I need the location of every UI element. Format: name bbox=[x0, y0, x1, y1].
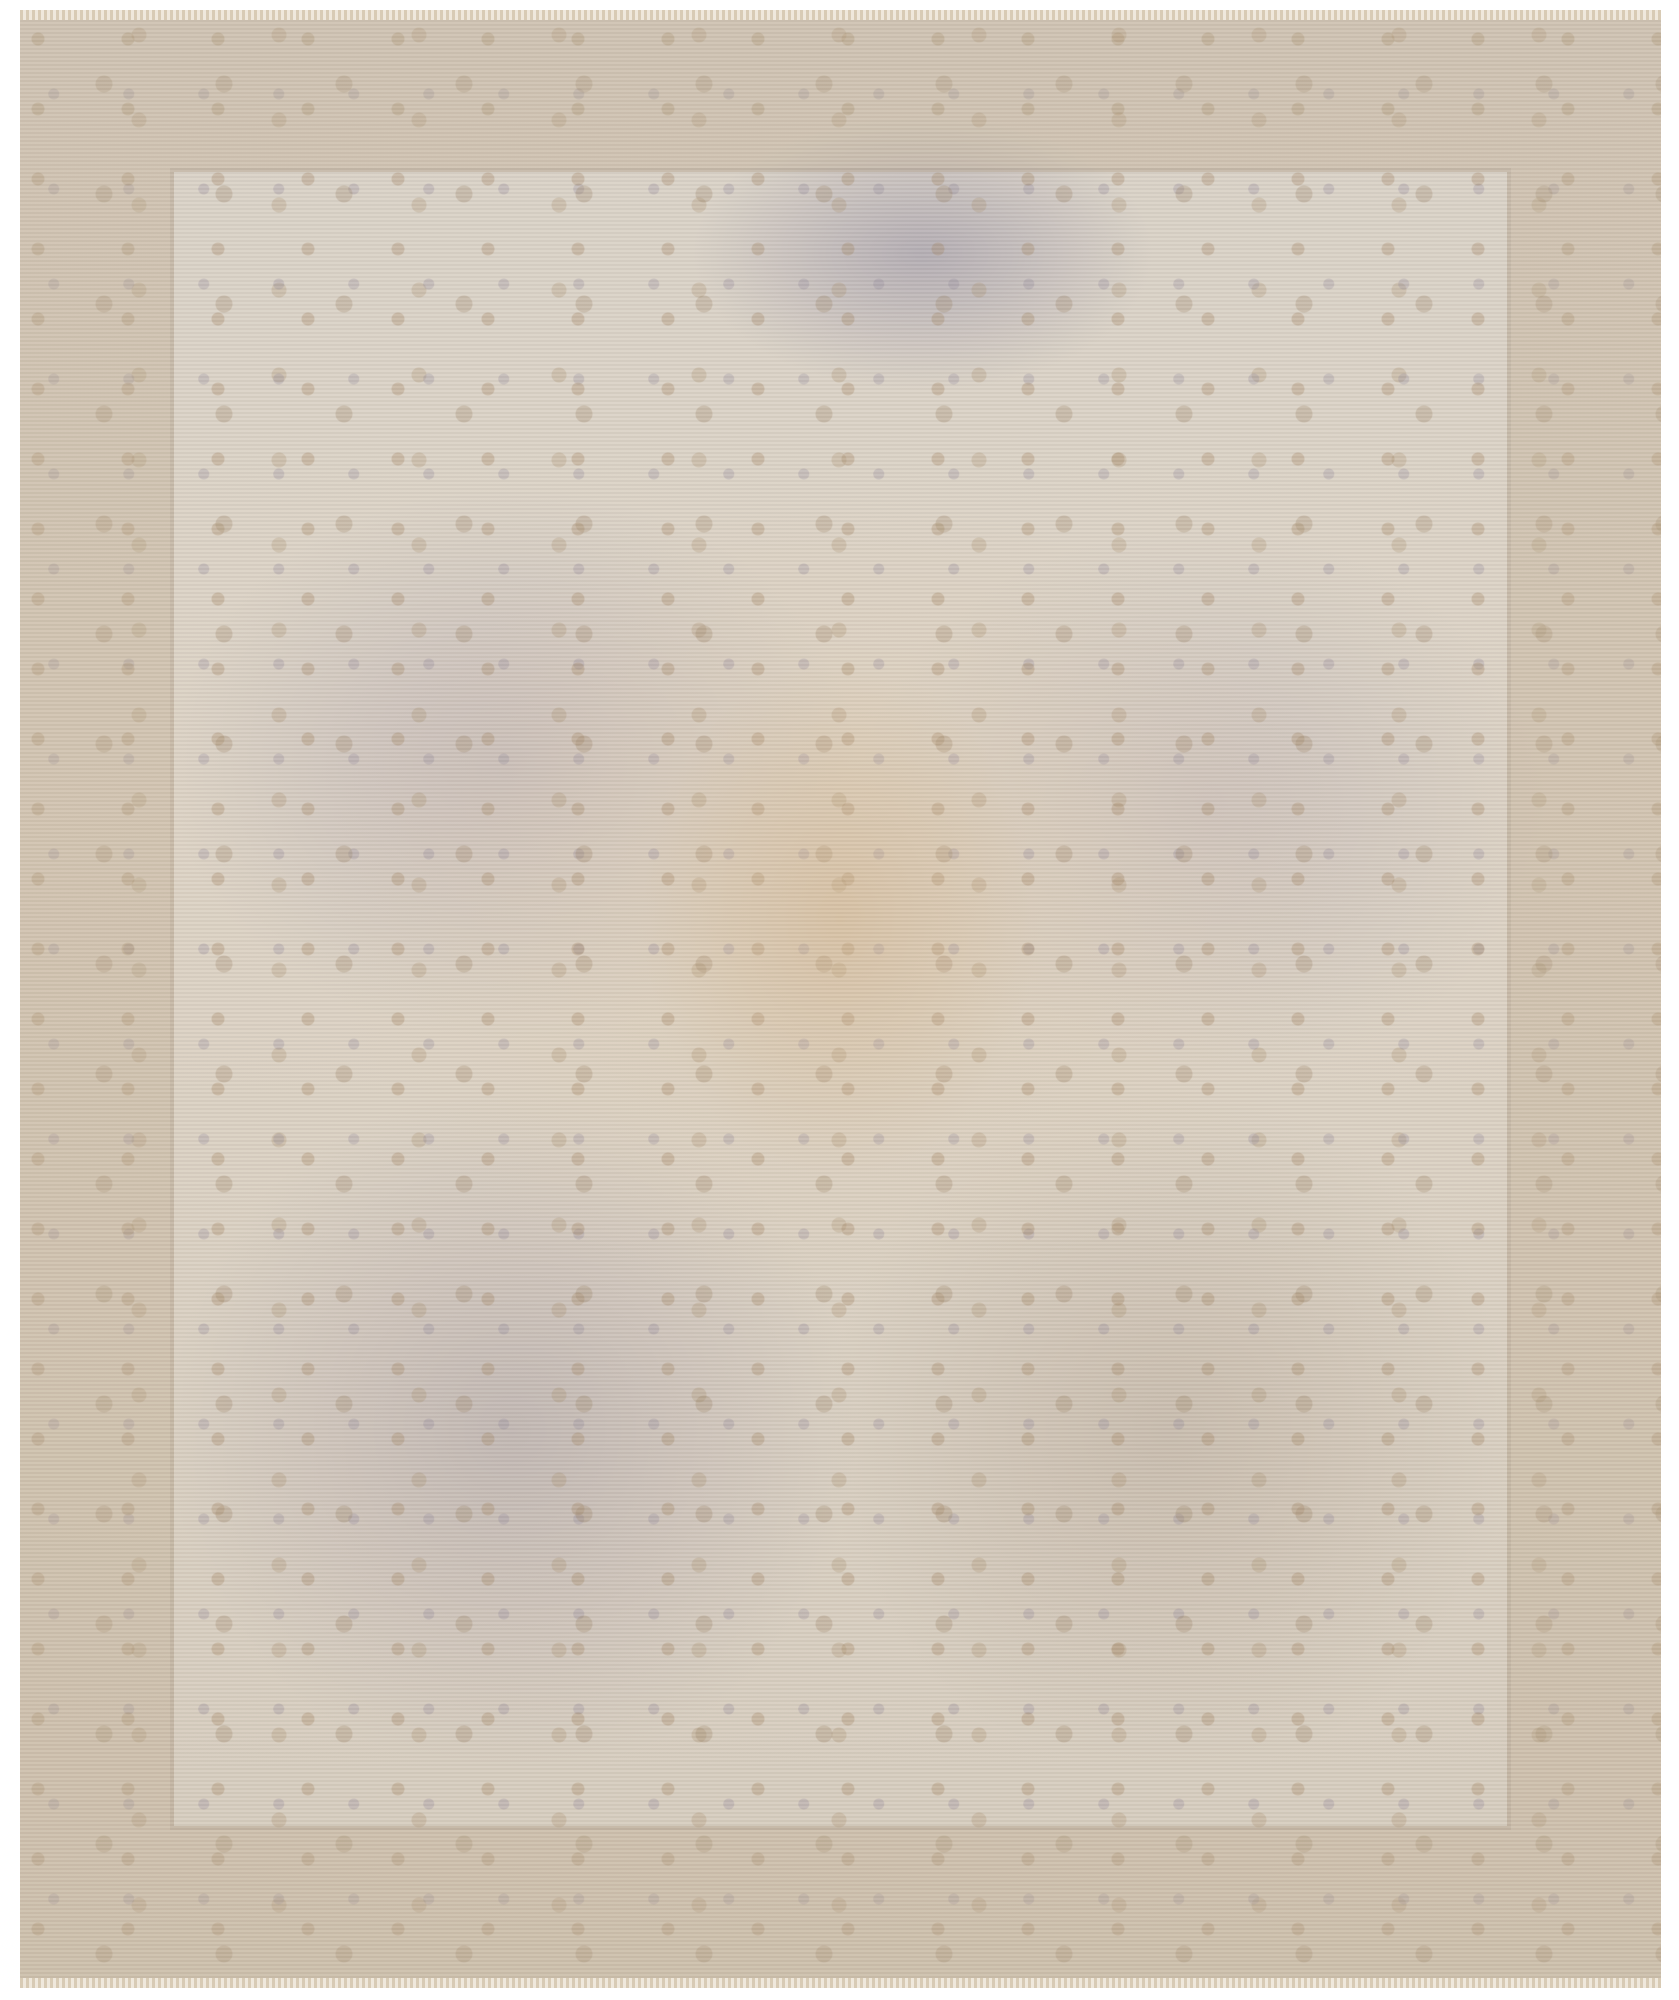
rug-top-fringe bbox=[20, 10, 1661, 20]
rug bbox=[20, 18, 1661, 1980]
rug-bottom-fringe bbox=[20, 1978, 1661, 1988]
rug-weave-texture bbox=[20, 18, 1661, 1980]
